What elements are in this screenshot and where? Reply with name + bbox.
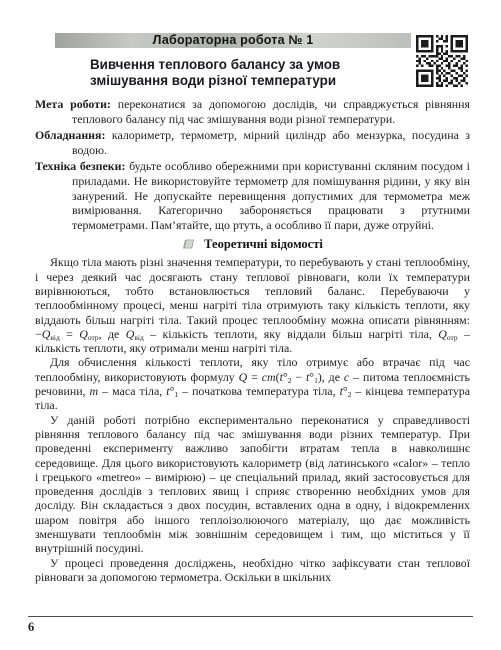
book-icon — [182, 238, 195, 248]
section-safety-label: Техніка безпеки: — [35, 159, 125, 173]
title-line-2: змішування води різної температури — [90, 73, 470, 89]
lab-work-header-bar: Лабораторна робота № 1 — [55, 33, 411, 48]
section-equipment: Обладнання: калориметр, термометр, мірни… — [35, 128, 470, 157]
section-goal-label: Мета роботи: — [35, 97, 111, 111]
textbook-page: { "header": { "bar_label": "Лабораторна … — [0, 0, 501, 650]
section-goal-text: переконатися за допомогою дослідів, чи с… — [72, 97, 470, 126]
section-equipment-text: калориметр, термометр, мірний циліндр аб… — [72, 128, 470, 157]
section-goal: Мета роботи: переконатися за допомогою д… — [35, 97, 470, 126]
page-number: 6 — [28, 620, 34, 635]
lab-work-header-label: Лабораторна робота № 1 — [153, 33, 314, 47]
page-title: Вивчення теплового балансу за умов змішу… — [90, 57, 470, 89]
title-line-1: Вивчення теплового балансу за умов — [90, 57, 470, 73]
page-content: Лабораторна робота № 1 Вивчення тепловог… — [35, 33, 470, 614]
theory-heading-label: Теоретичні відомості — [204, 237, 323, 251]
qr-code-icon — [415, 33, 469, 89]
theory-paragraph-2: Для обчислення кількості теплоти, яку ті… — [35, 355, 470, 412]
section-safety: Техніка безпеки: будьте особливо обережн… — [35, 159, 470, 232]
theory-heading: Теоретичні відомості — [35, 237, 470, 252]
theory-paragraph-3: У даній роботі потрібно експериментально… — [35, 413, 470, 556]
theory-paragraph-4: У процесі проведення досліджень, необхід… — [35, 556, 470, 585]
section-equipment-label: Обладнання: — [35, 128, 105, 142]
footer-rule — [28, 616, 473, 617]
section-safety-text: будьте особливо обережними при користува… — [72, 159, 470, 231]
theory-paragraph-1: Якщо тіла мають різні значення температу… — [35, 255, 470, 355]
